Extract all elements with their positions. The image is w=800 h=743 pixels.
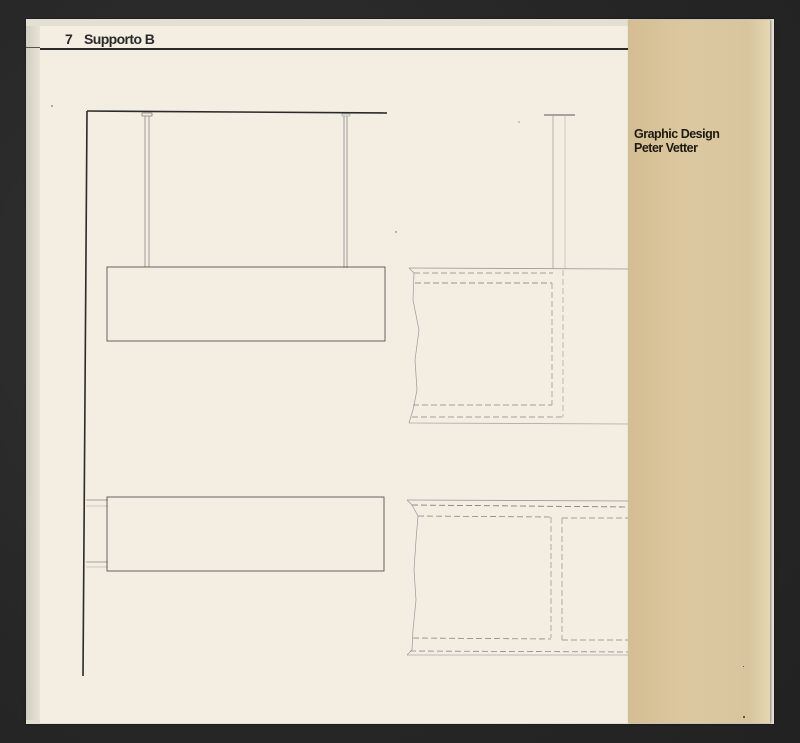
cover-flap xyxy=(628,20,770,723)
cover-speck xyxy=(743,716,745,718)
hanging-sign-front xyxy=(83,111,387,676)
wall-sign-section xyxy=(407,500,628,655)
cover-title: Graphic Design Peter Vetter xyxy=(634,127,719,155)
cover-title-line2: Peter Vetter xyxy=(634,141,719,155)
cover-title-line1: Graphic Design xyxy=(634,127,719,141)
cover-speck xyxy=(743,666,744,667)
hanging-sign-section xyxy=(409,115,628,424)
wall-sign-front xyxy=(86,497,384,571)
